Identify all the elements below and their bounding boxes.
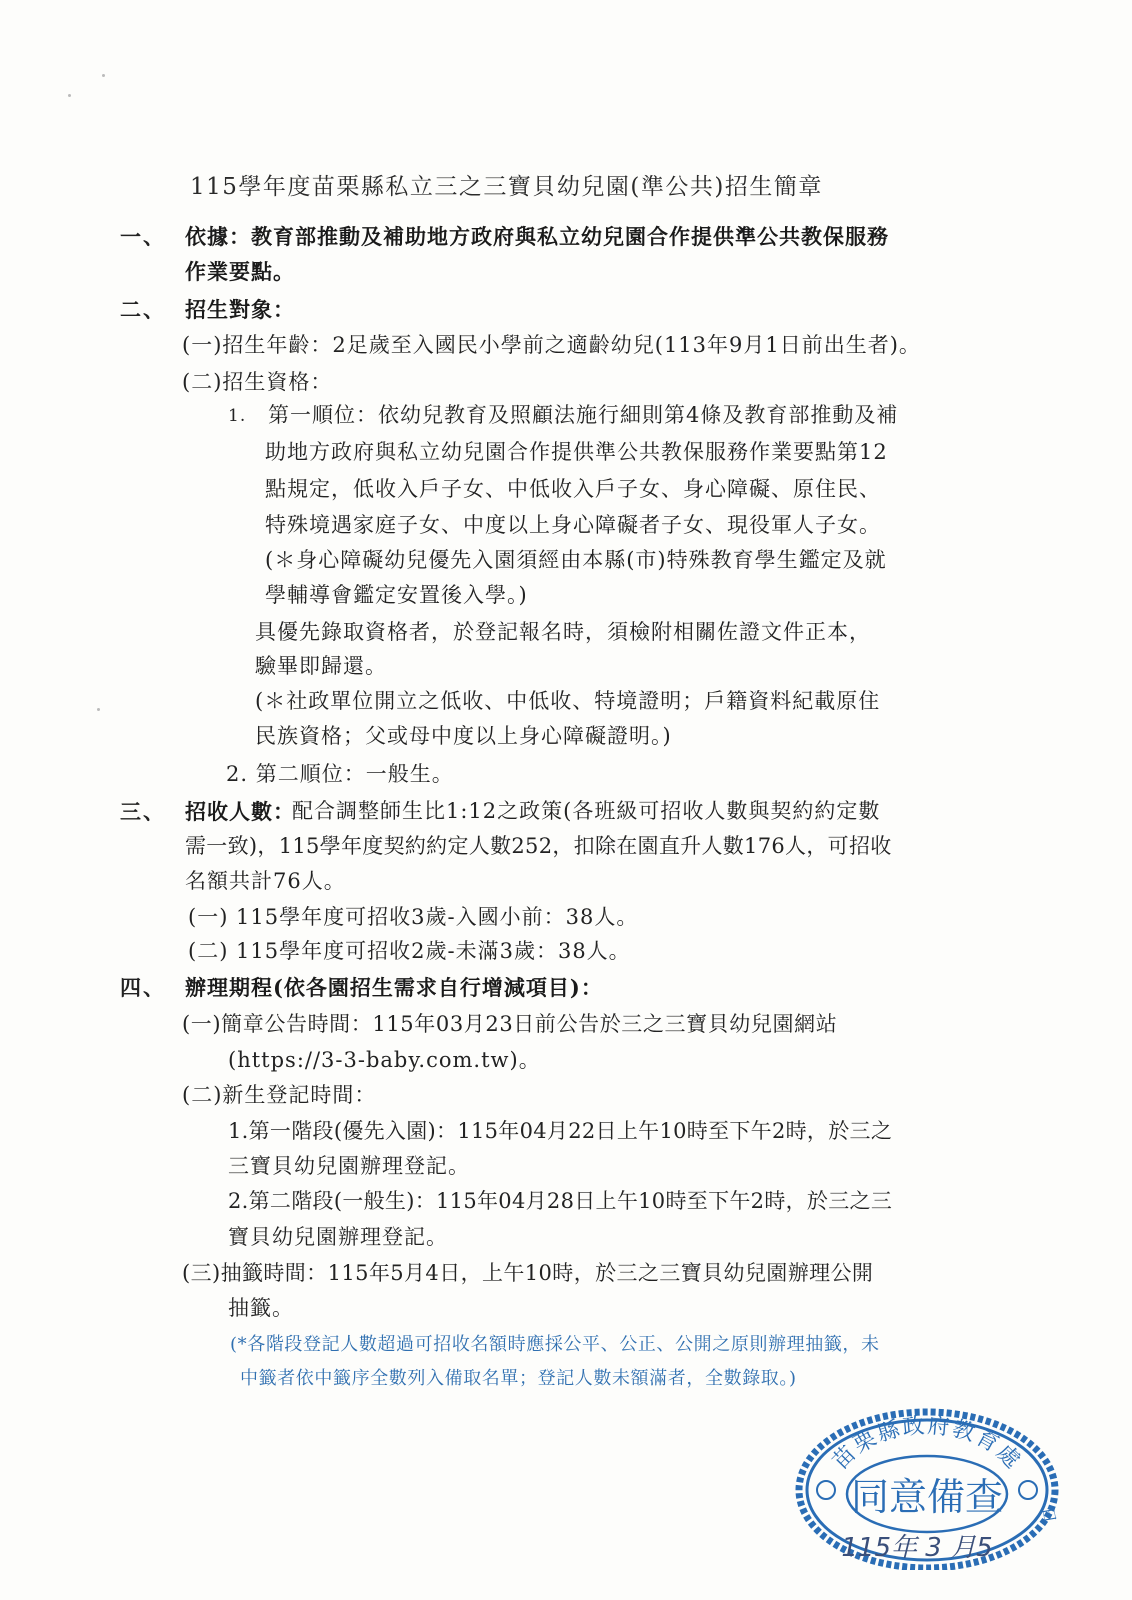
scan-speck: [102, 74, 105, 77]
priority-1-line: 助地方政府與私立幼兒園合作提供準公共教保服務作業要點第12: [265, 442, 888, 463]
scan-speck: [97, 708, 100, 711]
priority-1-line: 學輔導會鑑定安置後入學。): [265, 585, 528, 606]
quota-age-3: (一) 115學年度可招收3歲-入國小前：38人。: [188, 907, 638, 928]
enrollment-eligibility: (二)招生資格：: [182, 372, 332, 393]
schedule-line: (一)簡章公告時間：115年03月23日前公告於三之三寶貝幼兒園網站: [182, 1014, 837, 1035]
schedule-line: 三寶貝幼兒園辦理登記。: [228, 1156, 470, 1177]
priority-1-number: 1.: [228, 408, 246, 425]
approval-stamp: 苗栗縣政府教育處 同意備查 日 115年 3 月5: [792, 1398, 1062, 1570]
section-1-heading: 依據：教育部推動及補助地方政府與私立幼兒園合作提供準公共教保服務: [185, 226, 889, 247]
priority-1-line: 民族資格；父或母中度以上身心障礙證明。): [255, 726, 672, 747]
section-marker-4: 四、: [120, 977, 166, 998]
svg-text:同意備查: 同意備查: [851, 1475, 1003, 1519]
quota-age-2: (二) 115學年度可招收2歲-未滿3歲：38人。: [188, 941, 631, 962]
priority-2: 2. 第二順位：一般生。: [226, 764, 454, 785]
lottery-note: (*各階段登記人數超過可招收名額時應採公平、公正、公開之原則辦理抽籤，未: [230, 1336, 880, 1354]
section-marker-2: 二、: [120, 299, 166, 320]
priority-1-line: (＊身心障礙幼兒優先入園須經由本縣(市)特殊教育學生鑑定及就: [265, 550, 887, 571]
priority-1-line: 點規定，低收入戶子女、中低收入戶子女、身心障礙、原住民、: [265, 479, 881, 500]
schedule-line: 2.第二階段(一般生)：115年04月28日上午10時至下午2時，於三之三: [228, 1191, 892, 1212]
section-3-heading: 招收人數：: [185, 801, 295, 822]
priority-1-line: 特殊境遇家庭子女、中度以上身心障礙者子女、現役軍人子女。: [265, 515, 881, 536]
scan-speck: [68, 94, 71, 97]
schedule-line: 1.第一階段(優先入園)：115年04月22日上午10時至下午2時，於三之: [228, 1121, 892, 1142]
enrollment-age: (一)招生年齡：2足歲至入國民小學前之適齡幼兒(113年9月1日前出生者)。: [182, 335, 921, 356]
section-1-heading-cont: 作業要點。: [185, 261, 295, 282]
priority-1-line: 具優先錄取資格者，於登記報名時，須檢附相關佐證文件正本，: [255, 622, 871, 643]
document-title: 115學年度苗栗縣私立三之三寶貝幼兒園(準公共)招生簡章: [190, 176, 823, 199]
scanned-document-page: 115學年度苗栗縣私立三之三寶貝幼兒園(準公共)招生簡章 一、 依據：教育部推動…: [0, 0, 1132, 1600]
priority-1-line: 第一順位：依幼兒教育及照顧法施行細則第4條及教育部推動及補: [268, 405, 898, 426]
section-2-heading: 招生對象：: [185, 299, 295, 320]
priority-1-line: 驗畢即歸還。: [255, 656, 387, 677]
schedule-line: (二)新生登記時間：: [182, 1085, 376, 1106]
website-url: (https://3-3-baby.com.tw)。: [228, 1050, 541, 1071]
section-3-text: 配合調整師生比1:12之政策(各班級可招收人數與契約約定數: [292, 801, 880, 822]
lottery-note: 中籤者依中籤序全數列入備取名單；登記人數未額滿者，全數錄取。): [240, 1370, 797, 1388]
priority-1-line: (＊社政單位開立之低收、中低收、特境證明；戶籍資料紀載原住: [255, 691, 880, 712]
section-4-heading: 辦理期程(依各園招生需求自行增減項目)：: [185, 977, 603, 998]
section-3-text: 名額共計76人。: [185, 871, 346, 892]
section-3-text: 需一致)，115學年度契約約定人數252，扣除在園直升人數176人，可招收: [185, 836, 892, 857]
section-marker-3: 三、: [120, 801, 166, 822]
section-marker-1: 一、: [120, 226, 166, 247]
lottery-time: (三)抽籤時間：115年5月4日，上午10時，於三之三寶貝幼兒園辦理公開: [182, 1263, 873, 1284]
schedule-line: 寶貝幼兒園辦理登記。: [228, 1227, 448, 1248]
svg-text:日: 日: [1038, 1505, 1059, 1524]
stamp-seal-icon: 苗栗縣政府教育處 同意備查 日 115年 3 月5: [792, 1398, 1062, 1570]
svg-text:115年 3 月5: 115年 3 月5: [841, 1533, 992, 1563]
lottery-time-cont: 抽籤。: [228, 1298, 294, 1319]
